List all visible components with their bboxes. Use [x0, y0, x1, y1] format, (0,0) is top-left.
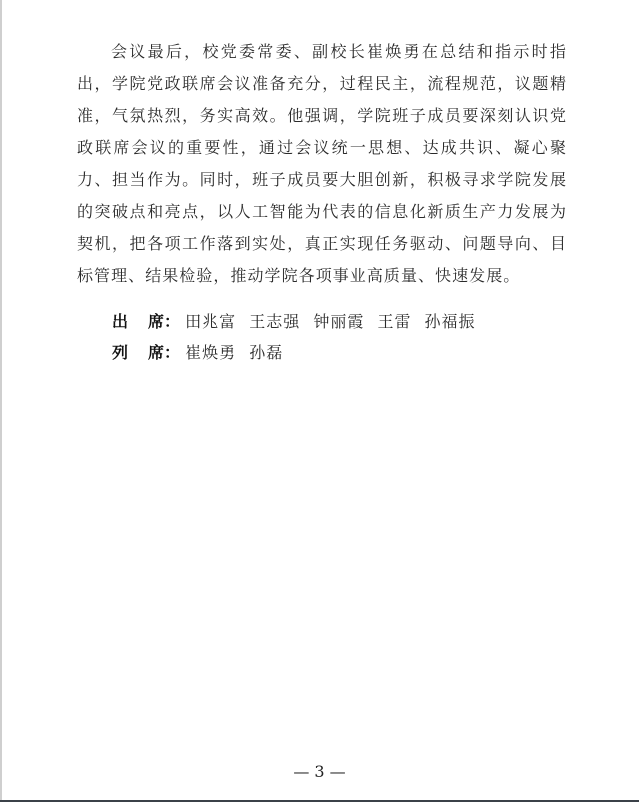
present-label: 出席： [112, 306, 180, 337]
attendee-name: 田兆富 [185, 312, 236, 331]
observers-label: 列席： [112, 337, 180, 368]
attendee-name: 钟丽霞 [313, 312, 364, 331]
present-row: 出席： 田兆富 王志强 钟丽霞 王雷 孙福振 [112, 306, 484, 337]
page-number: — 3 — [0, 762, 639, 781]
page-left-border [0, 0, 2, 800]
observer-name: 崔焕勇 [185, 343, 236, 362]
attendee-name: 孙福振 [425, 312, 476, 331]
attendance-list: 出席： 田兆富 王志强 钟丽霞 王雷 孙福振 列席： 崔焕勇 孙磊 [112, 306, 484, 368]
observer-names: 崔焕勇 孙磊 [185, 343, 291, 362]
attendee-name: 王志强 [249, 312, 300, 331]
summary-paragraph: 会议最后，校党委常委、副校长崔焕勇在总结和指示时指出，学院党政联席会议准备充分，… [77, 36, 567, 292]
observers-row: 列席： 崔焕勇 孙磊 [112, 337, 484, 368]
present-names: 田兆富 王志强 钟丽霞 王雷 孙福振 [185, 312, 483, 331]
observer-name: 孙磊 [249, 343, 283, 362]
attendee-name: 王雷 [377, 312, 411, 331]
